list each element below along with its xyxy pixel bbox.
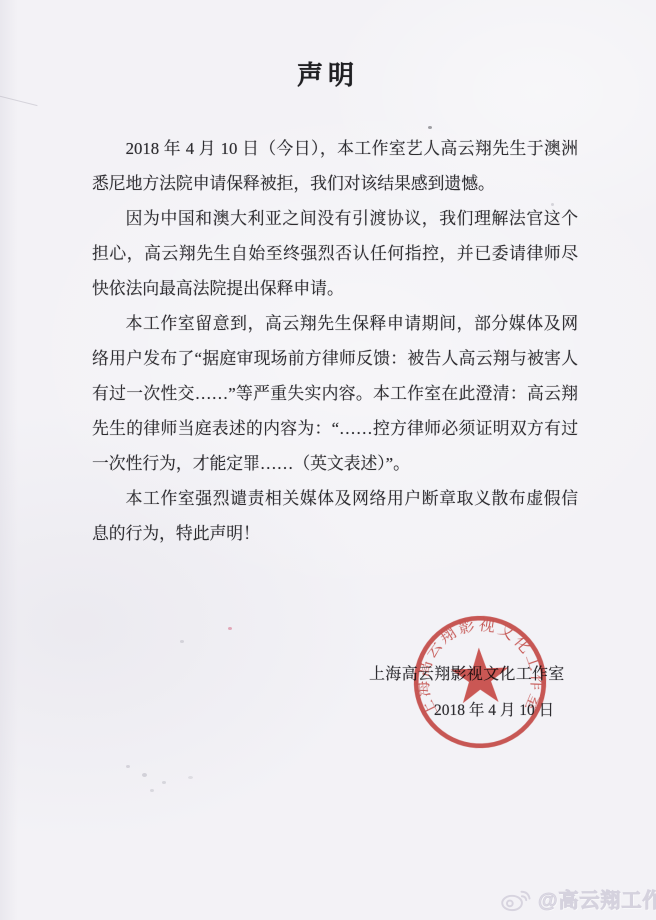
scan-speck xyxy=(228,627,232,630)
scan-speck xyxy=(428,126,432,129)
scanned-statement-page: 声明 2018 年 4 月 10 日（今日），本工作室艺人高云翔先生于澳洲悉尼地… xyxy=(0,0,656,920)
statement-paragraph-3: 本工作室留意到，高云翔先生保释申请期间，部分媒体及网络用户发布了“据庭审现场前方… xyxy=(92,306,578,481)
scan-scratch-artifact xyxy=(0,95,37,106)
scan-speck xyxy=(188,776,193,779)
statement-body: 2018 年 4 月 10 日（今日），本工作室艺人高云翔先生于澳洲悉尼地方法院… xyxy=(92,131,578,551)
statement-paragraph-2: 因为中国和澳大利亚之间没有引渡协议，我们理解法官这个担心，高云翔先生自始至终强烈… xyxy=(92,201,578,306)
statement-paragraph-4: 本工作室强烈谴责相关媒体及网络用户断章取义散布虚假信息的行为，特此声明！ xyxy=(92,481,578,551)
watermark: @高云翔工作室 xyxy=(500,884,656,913)
scan-speck xyxy=(150,789,154,792)
scan-speck xyxy=(126,765,130,768)
scan-speck xyxy=(180,640,184,643)
page-title: 声明 xyxy=(0,55,656,92)
statement-paragraph-1: 2018 年 4 月 10 日（今日），本工作室艺人高云翔先生于澳洲悉尼地方法院… xyxy=(92,131,578,201)
scan-speck xyxy=(142,773,147,777)
watermark-text: @高云翔工作室 xyxy=(538,884,656,913)
scan-speck xyxy=(162,781,166,784)
seal-star-icon xyxy=(450,647,510,704)
weibo-icon xyxy=(500,884,534,913)
company-seal: 上海高云翔影视文化工作室 xyxy=(401,603,558,760)
